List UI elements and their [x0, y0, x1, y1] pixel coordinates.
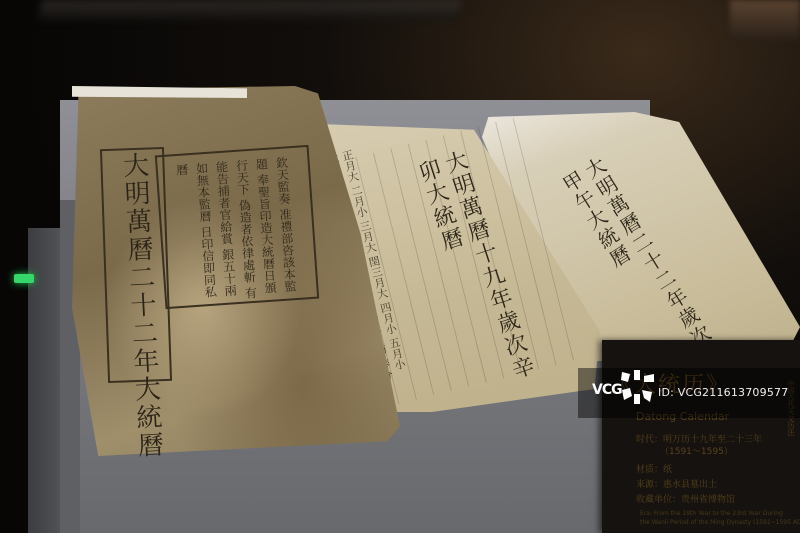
cover-label-text: 欽天監奏 准禮部咨該本監題 奉聖旨印造大統曆日頒行天下 偽造者依律處斬 有能告捕…	[171, 156, 300, 304]
placard-collection: 收藏单位：贵州省博物馆	[636, 492, 735, 505]
background-ledge	[39, 0, 462, 20]
placard-era-years: （1591～1595）	[660, 444, 733, 457]
watermark-id: ID: VCG211613709577	[658, 386, 788, 399]
background-warm-light	[730, 0, 800, 40]
placard-english-line-2: the Wanli Period of the Ming Dynasty (15…	[640, 519, 800, 526]
placard-english-line-1: Era: From the 19th Year to the 23rd Year…	[640, 510, 783, 517]
watermark-burst-icon	[618, 368, 656, 406]
museum-photo: 正月大 二月小 三月大 四月小 五月大 大明萬曆二十二年歲次甲午大統曆 正月大 …	[0, 0, 800, 533]
placard-material: 材质：纸	[636, 462, 672, 475]
green-indicator-light	[14, 274, 34, 283]
placard-source: 来源：惠水县墓出土	[636, 477, 717, 490]
